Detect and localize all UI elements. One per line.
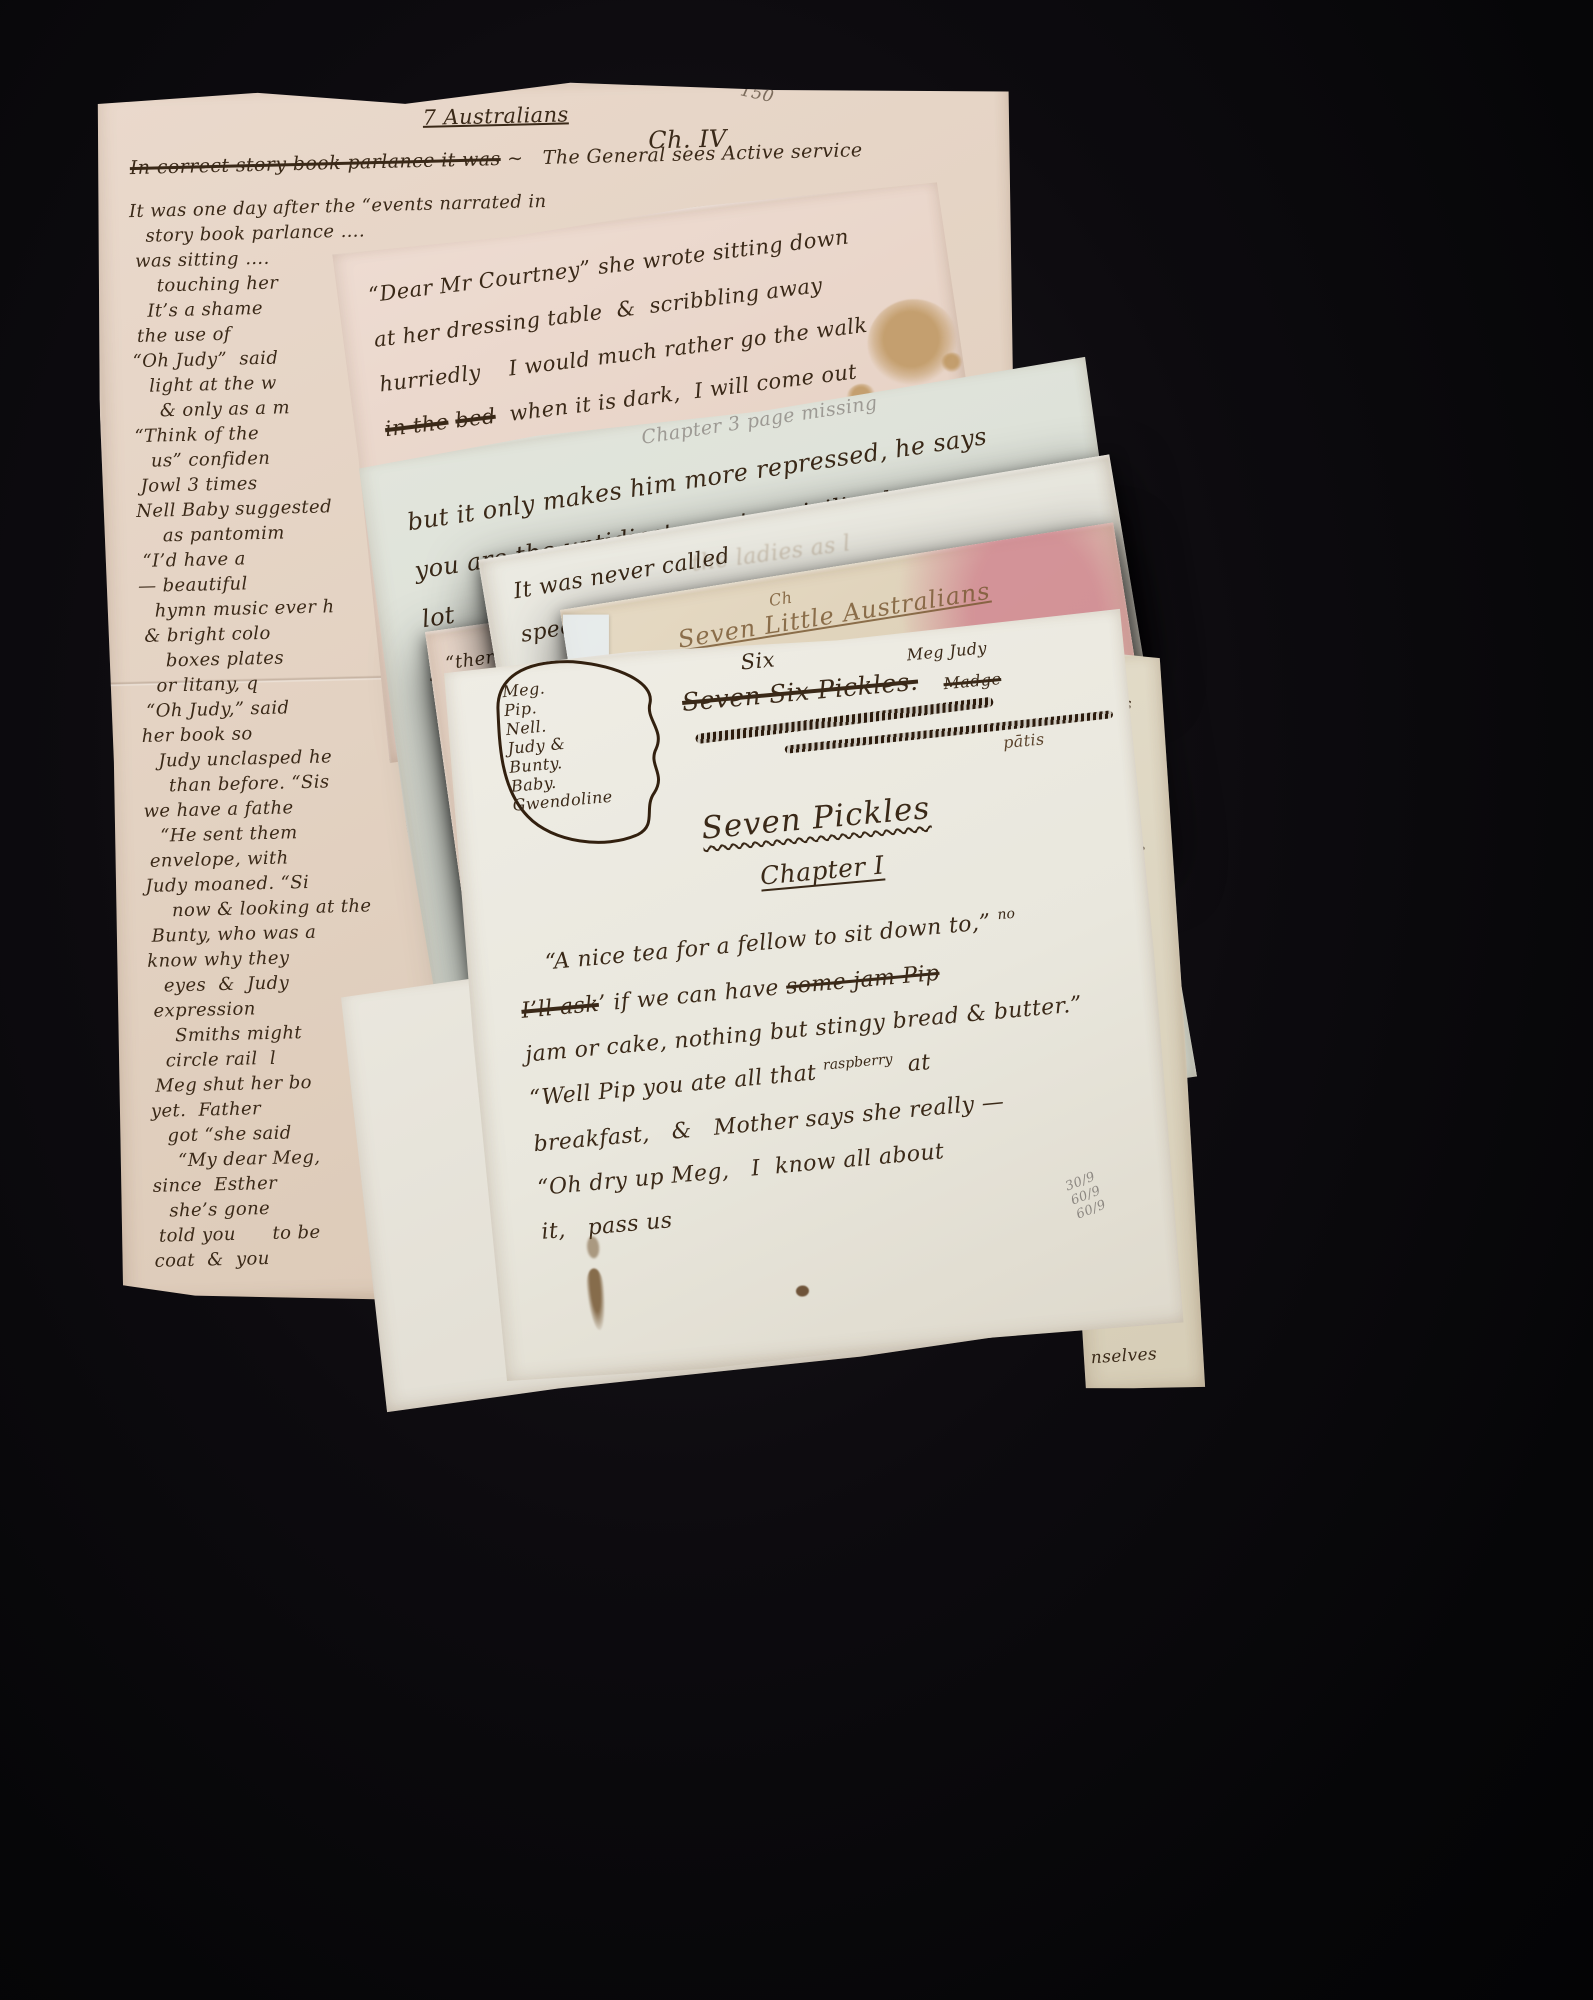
struck-word: bed (454, 404, 497, 433)
character-names-list: Meg.Pip.Nell.Judy &Bunty.Baby.Gwendoline (502, 673, 614, 815)
struck-name: Madge (943, 669, 1002, 693)
chapter-heading: Chapter I (759, 850, 885, 890)
manuscript-page-seven-pickles: Meg.Pip.Nell.Judy &Bunty.Baby.Gwendoline… (438, 605, 1191, 1390)
manuscript-fragment: nselves (1090, 1344, 1157, 1368)
struck-phrase: some jam Pip (785, 961, 941, 1000)
struck-phrase: I’ll ask (520, 992, 600, 1024)
chapter-text-block: “A nice tea for a fellow to sit down to,… (515, 893, 1100, 1254)
opening-phrase-rest: ~ The General sees Active service (500, 139, 862, 170)
manuscript-opening-line: In correct story book parlance it was ~ … (130, 139, 863, 179)
ink-drip-stain (585, 1268, 608, 1331)
pencil-page-number: 150 (738, 80, 775, 107)
inserted-word: raspberry (822, 1051, 893, 1073)
pencil-corner-note: The Genera (830, 76, 911, 93)
inserted-word-ch: Ch (768, 588, 794, 610)
pencil-sums: 30/9 60/9 60/9 (1063, 1169, 1108, 1222)
ink-dot-stain (795, 1285, 809, 1297)
line-text: ’ if we can have (598, 975, 788, 1017)
struck-words: in the (384, 410, 450, 442)
line-text: at (892, 1050, 932, 1078)
page-title-7-australians: 7 Australians (422, 102, 569, 130)
struck-opening-phrase: In correct story book parlance it was (130, 148, 501, 179)
ink-stain (862, 294, 964, 393)
inserted-word-six: Six (740, 647, 776, 674)
title-seven-pickles: Seven Pickles (700, 790, 932, 847)
margin-names: Meg Judy (906, 638, 988, 664)
margin-word: pātis (1002, 729, 1045, 752)
photograph-of-manuscript-pile: 7 Australians Ch. IV 150 The Genera In c… (0, 0, 1593, 2000)
inserted-word: no (997, 906, 1016, 924)
